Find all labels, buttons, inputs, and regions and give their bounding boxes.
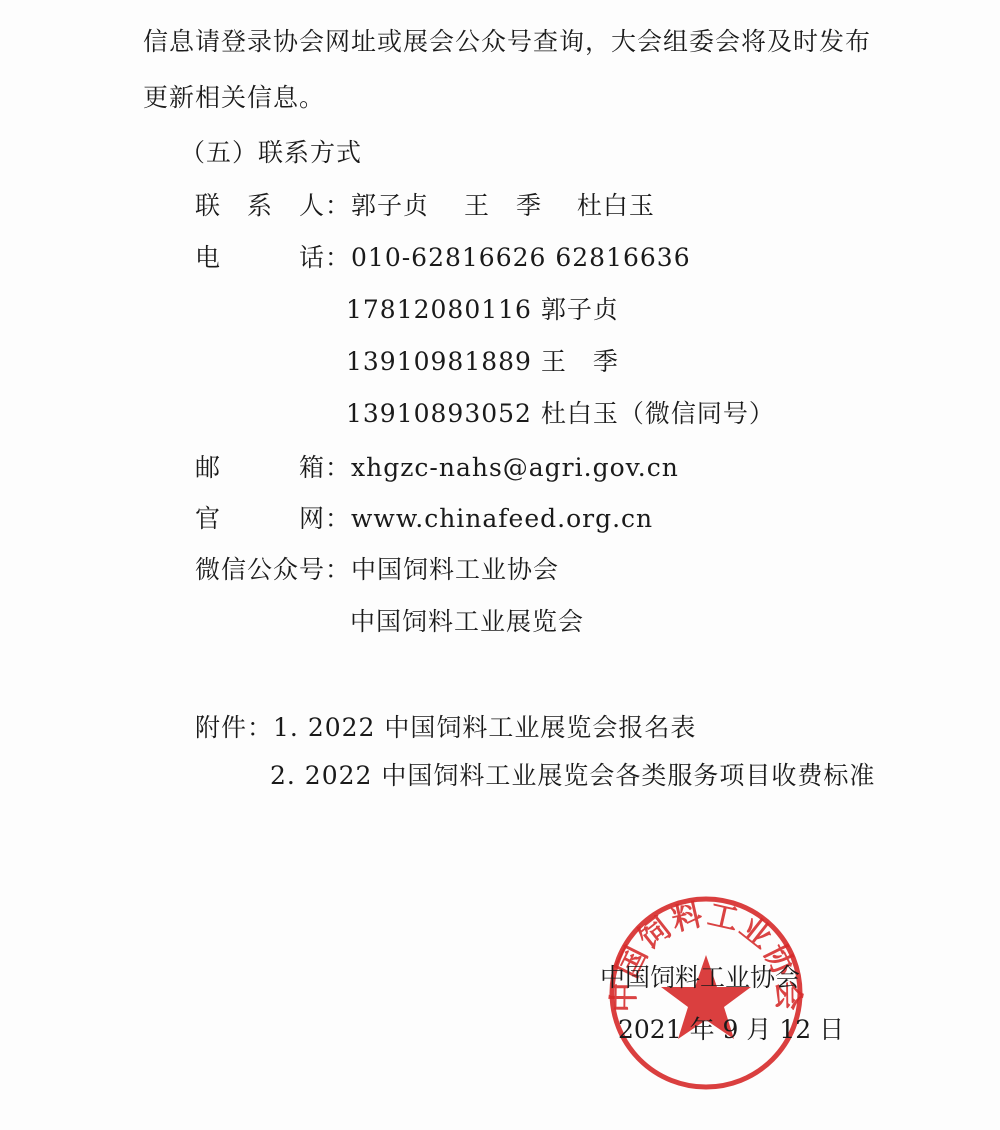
contact-people-row: 联 系 人：郭子贞 王 季 杜白玉	[195, 186, 655, 222]
paragraph-line: 更新相关信息。	[143, 78, 325, 114]
phone-row: 电 话：010-62816626 62816636	[195, 238, 691, 274]
wechat-account: 中国饲料工业协会	[351, 555, 559, 584]
wechat-account: 中国饲料工业展览会	[350, 602, 584, 638]
attachment-label: 附件：	[195, 708, 273, 744]
signature-org: 中国饲料工业协会	[600, 958, 800, 994]
phone-value: 13910893052 杜白玉（微信同号）	[346, 394, 775, 430]
phone-value: 17812080116 郭子贞	[346, 290, 619, 326]
email-label: 邮 箱：	[195, 448, 351, 484]
website-link[interactable]: www.chinafeed.org.cn	[351, 504, 653, 533]
attachment-item: 1. 2022 中国饲料工业展览会报名表	[273, 713, 696, 742]
paragraph-line: 信息请登录协会网址或展会公众号查询，大会组委会将及时发布	[143, 22, 871, 58]
email-row: 邮 箱：xhgzc-nahs@agri.gov.cn	[195, 448, 679, 484]
email-link[interactable]: xhgzc-nahs@agri.gov.cn	[351, 453, 679, 482]
attachment-item: 2. 2022 中国饲料工业展览会各类服务项目收费标准	[270, 756, 875, 792]
section-heading: （五）联系方式	[180, 133, 362, 169]
website-row: 官 网：www.chinafeed.org.cn	[195, 499, 653, 535]
contact-people-value: 郭子贞 王 季 杜白玉	[351, 191, 655, 220]
phone-value: 13910981889 王 季	[346, 342, 619, 378]
wechat-row: 微信公众号：中国饲料工业协会	[195, 550, 559, 586]
contact-people-label: 联 系 人：	[195, 186, 351, 222]
attachment-row: 附件：1. 2022 中国饲料工业展览会报名表	[195, 708, 696, 744]
signature-date: 2021 年 9 月 12 日	[618, 1010, 844, 1046]
wechat-label: 微信公众号：	[195, 550, 351, 586]
website-label: 官 网：	[195, 499, 351, 535]
phone-value: 010-62816626 62816636	[351, 243, 691, 272]
phone-label: 电 话：	[195, 238, 351, 274]
